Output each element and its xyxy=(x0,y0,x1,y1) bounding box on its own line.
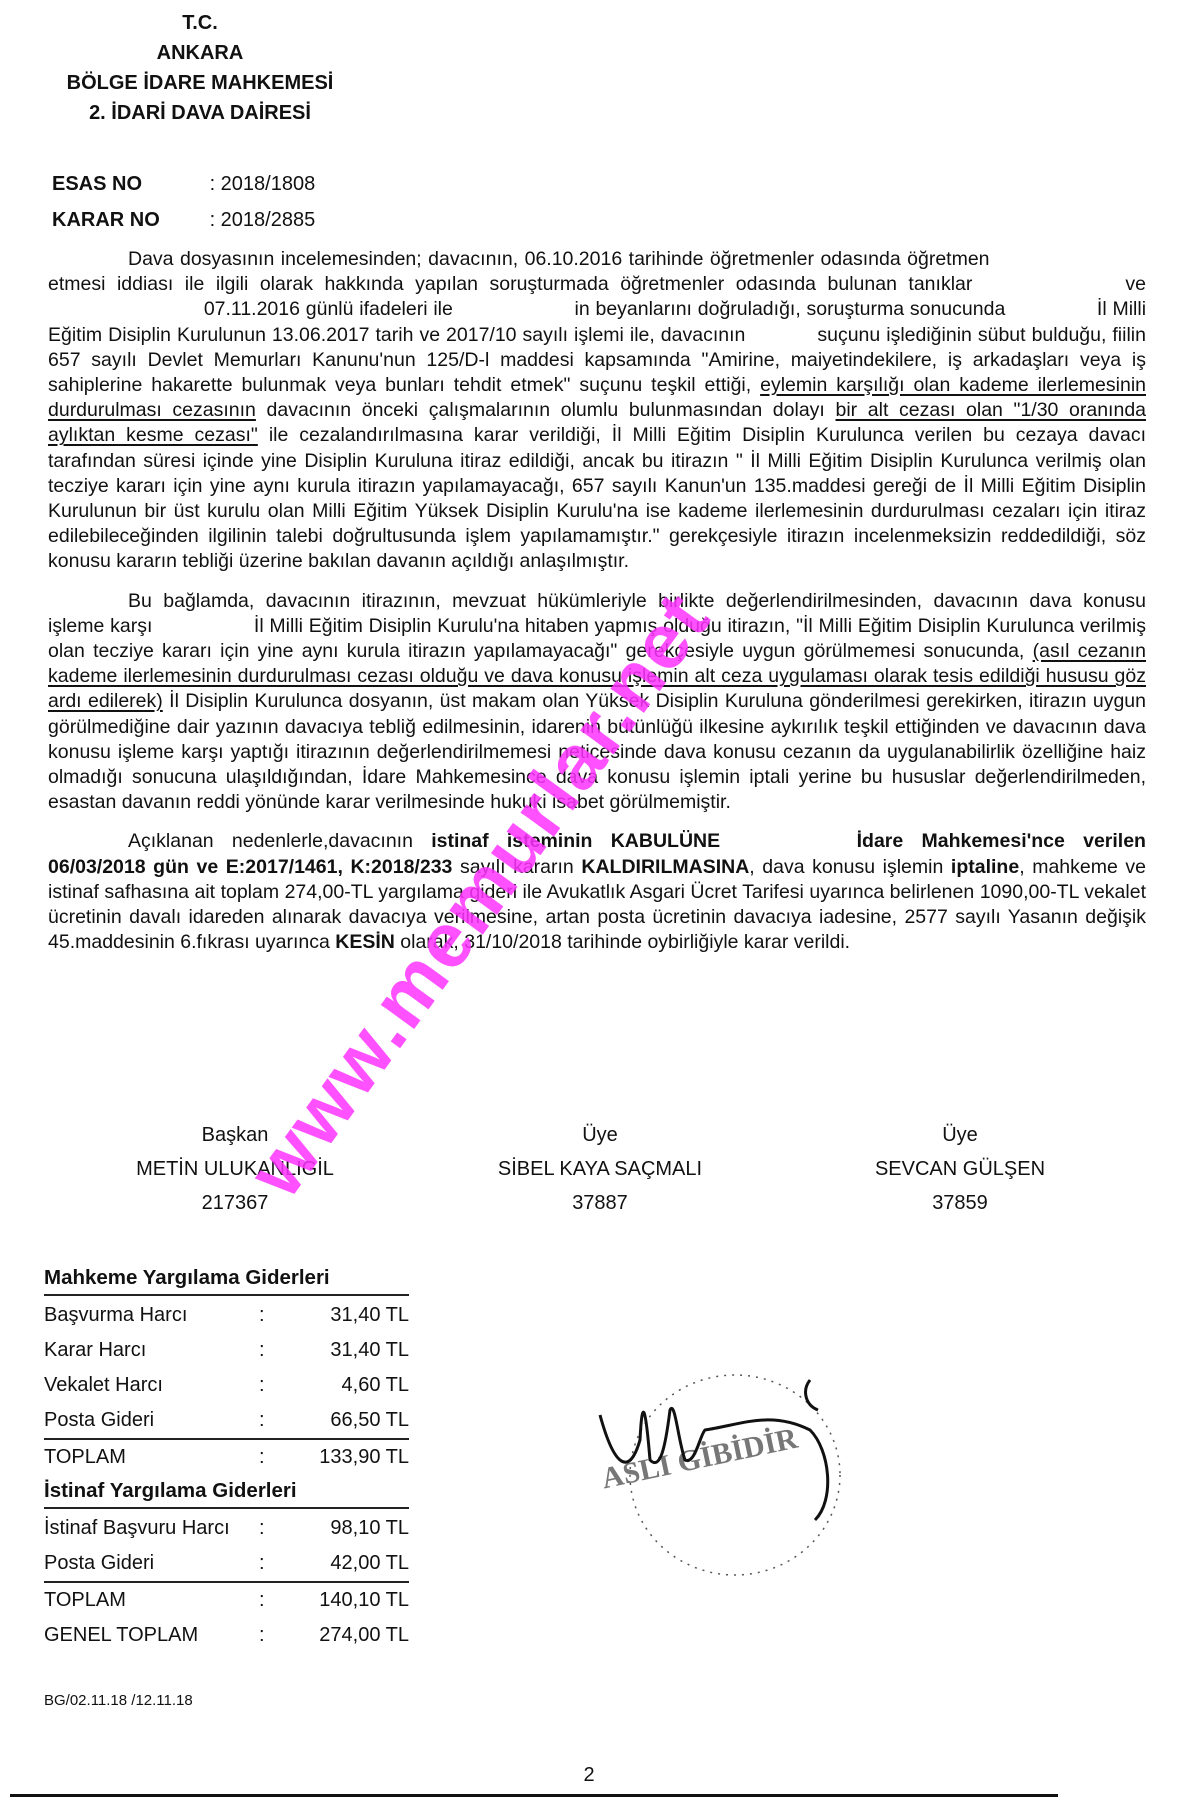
page-number: 2 xyxy=(0,1764,1178,1787)
court-header: T.C. ANKARA BÖLGE İDARE MAHKEMESİ 2. İDA… xyxy=(50,8,350,128)
cost-colon: : xyxy=(259,1583,289,1618)
court-costs-title: Mahkeme Yargılama Giderleri xyxy=(44,1262,409,1296)
certified-stamp: ASLI GİBİDİR xyxy=(570,1340,900,1590)
cost-label: İstinaf Başvuru Harcı xyxy=(44,1511,259,1546)
text-segment: 07.11.2016 günlü ifadeleri ile xyxy=(204,298,453,320)
text-segment: Açıklanan nedenlerle,davacının xyxy=(128,830,413,852)
signatory-role: Üye xyxy=(800,1118,1120,1152)
document-reference: BG/02.11.18 /12.11.18 xyxy=(44,1692,193,1709)
bottom-divider xyxy=(10,1794,1058,1797)
text-segment: davacının önceki çalışmalarının olumlu b… xyxy=(267,399,825,421)
signatory-member-2: Üye SEVCAN GÜLŞEN 37859 xyxy=(800,1118,1120,1220)
signatory-member-1: Üye SİBEL KAYA SAÇMALI 37887 xyxy=(440,1118,760,1220)
cost-colon: : xyxy=(259,1546,289,1581)
text-segment: Dava dosyasının incelemesinden; davacını… xyxy=(128,248,990,270)
signatory-name: SEVCAN GÜLŞEN xyxy=(800,1152,1120,1186)
costs-table: Mahkeme Yargılama Giderleri Başvurma Har… xyxy=(44,1262,409,1653)
paragraph-facts: Dava dosyasının incelemesinden; davacını… xyxy=(48,247,1146,575)
cost-value: 98,10 TL xyxy=(289,1511,409,1546)
cost-row: Başvurma Harcı : 31,40 TL xyxy=(44,1298,409,1333)
paragraph-assessment: Bu bağlamda, davacının itirazının, mevzu… xyxy=(48,589,1146,816)
text-segment: etmesi iddiası ile ilgili olarak hakkınd… xyxy=(48,273,972,295)
cost-total-row: TOPLAM : 133,90 TL xyxy=(44,1440,409,1475)
bold-text: KESİN xyxy=(335,931,395,953)
cost-label: Vekalet Harcı xyxy=(44,1368,259,1403)
karar-label: KARAR NO xyxy=(52,202,204,238)
cost-colon: : xyxy=(259,1618,289,1653)
signatory-president: Başkan METİN ULUKANLIGİL 217367 xyxy=(75,1118,395,1220)
cost-colon: : xyxy=(259,1298,289,1333)
signatory-registry: 37887 xyxy=(440,1186,760,1220)
cost-value: 31,40 TL xyxy=(289,1333,409,1368)
text-segment: in beyanlarını doğruladığı, soruşturma s… xyxy=(575,298,1006,320)
cost-colon: : xyxy=(259,1333,289,1368)
text-segment: İl Disiplin Kurulunca dosyanın, üst maka… xyxy=(48,690,1146,813)
cost-colon: : xyxy=(259,1403,289,1438)
cost-label: Posta Gideri xyxy=(44,1403,259,1438)
header-line-city: ANKARA xyxy=(50,38,350,68)
cost-value: 133,90 TL xyxy=(289,1440,409,1475)
cost-value: 42,00 TL xyxy=(289,1546,409,1581)
decision-body: Dava dosyasının incelemesinden; davacını… xyxy=(48,247,1146,957)
esas-value: : 2018/1808 xyxy=(210,166,316,202)
cost-total-row: TOPLAM : 140,10 TL xyxy=(44,1583,409,1618)
signatory-registry: 37859 xyxy=(800,1186,1120,1220)
signatory-name: METİN ULUKANLIGİL xyxy=(75,1152,395,1186)
cost-label: Posta Gideri xyxy=(44,1546,259,1581)
cost-value: 274,00 TL xyxy=(289,1618,409,1653)
signatory-registry: 217367 xyxy=(75,1186,395,1220)
cost-value: 66,50 TL xyxy=(289,1403,409,1438)
cost-row: Posta Gideri : 66,50 TL xyxy=(44,1403,409,1440)
case-numbers: ESAS NO : 2018/1808 KARAR NO : 2018/2885 xyxy=(52,166,315,238)
svg-text:ASLI GİBİDİR: ASLI GİBİDİR xyxy=(599,1422,801,1496)
text-segment: olarak, 31/10/2018 tarihinde oybirliğiyl… xyxy=(400,931,850,953)
cost-value: 4,60 TL xyxy=(289,1368,409,1403)
appeal-costs-title: İstinaf Yargılama Giderleri xyxy=(44,1475,409,1509)
karar-value: : 2018/2885 xyxy=(210,202,316,238)
bold-text: KALDIRILMASINA xyxy=(581,856,749,878)
cost-row: İstinaf Başvuru Harcı : 98,10 TL xyxy=(44,1511,409,1546)
text-segment: ile cezalandırılmasına karar verildiği, … xyxy=(48,424,1146,572)
text-segment: , dava konusu işlemin xyxy=(749,856,943,878)
esas-label: ESAS NO xyxy=(52,166,204,202)
cost-label: GENEL TOPLAM xyxy=(44,1618,259,1653)
stamp-signature-icon: ASLI GİBİDİR xyxy=(570,1340,900,1590)
grand-total-row: GENEL TOPLAM : 274,00 TL xyxy=(44,1618,409,1653)
paragraph-verdict: Açıklanan nedenlerle,davacının istinaf i… xyxy=(48,829,1146,955)
bold-text: istinaf isteminin KABULÜNE xyxy=(431,830,720,852)
text-segment: İl Milli Eğitim Disiplin Kurulu'na hitab… xyxy=(48,615,1146,662)
text-segment: sayılı kararın xyxy=(460,856,574,878)
cost-value: 140,10 TL xyxy=(289,1583,409,1618)
cost-label: TOPLAM xyxy=(44,1440,259,1475)
cost-row: Karar Harcı : 31,40 TL xyxy=(44,1333,409,1368)
signatory-role: Üye xyxy=(440,1118,760,1152)
cost-row: Vekalet Harcı : 4,60 TL xyxy=(44,1368,409,1403)
header-line-chamber: 2. İDARİ DAVA DAİRESİ xyxy=(50,98,350,128)
cost-colon: : xyxy=(259,1511,289,1546)
cost-colon: : xyxy=(259,1440,289,1475)
text-segment: ve xyxy=(1125,273,1146,295)
header-line-court: BÖLGE İDARE MAHKEMESİ xyxy=(50,68,350,98)
header-line-tc: T.C. xyxy=(50,8,350,38)
signature-block: Başkan METİN ULUKANLIGİL 217367 Üye SİBE… xyxy=(0,1118,1178,1238)
cost-label: TOPLAM xyxy=(44,1583,259,1618)
cost-value: 31,40 TL xyxy=(289,1298,409,1333)
karar-row: KARAR NO : 2018/2885 xyxy=(52,202,315,238)
bold-text: iptaline xyxy=(951,856,1019,878)
cost-colon: : xyxy=(259,1368,289,1403)
cost-label: Başvurma Harcı xyxy=(44,1298,259,1333)
cost-label: Karar Harcı xyxy=(44,1333,259,1368)
signatory-name: SİBEL KAYA SAÇMALI xyxy=(440,1152,760,1186)
cost-row: Posta Gideri : 42,00 TL xyxy=(44,1546,409,1583)
esas-row: ESAS NO : 2018/1808 xyxy=(52,166,315,202)
signatory-role: Başkan xyxy=(75,1118,395,1152)
